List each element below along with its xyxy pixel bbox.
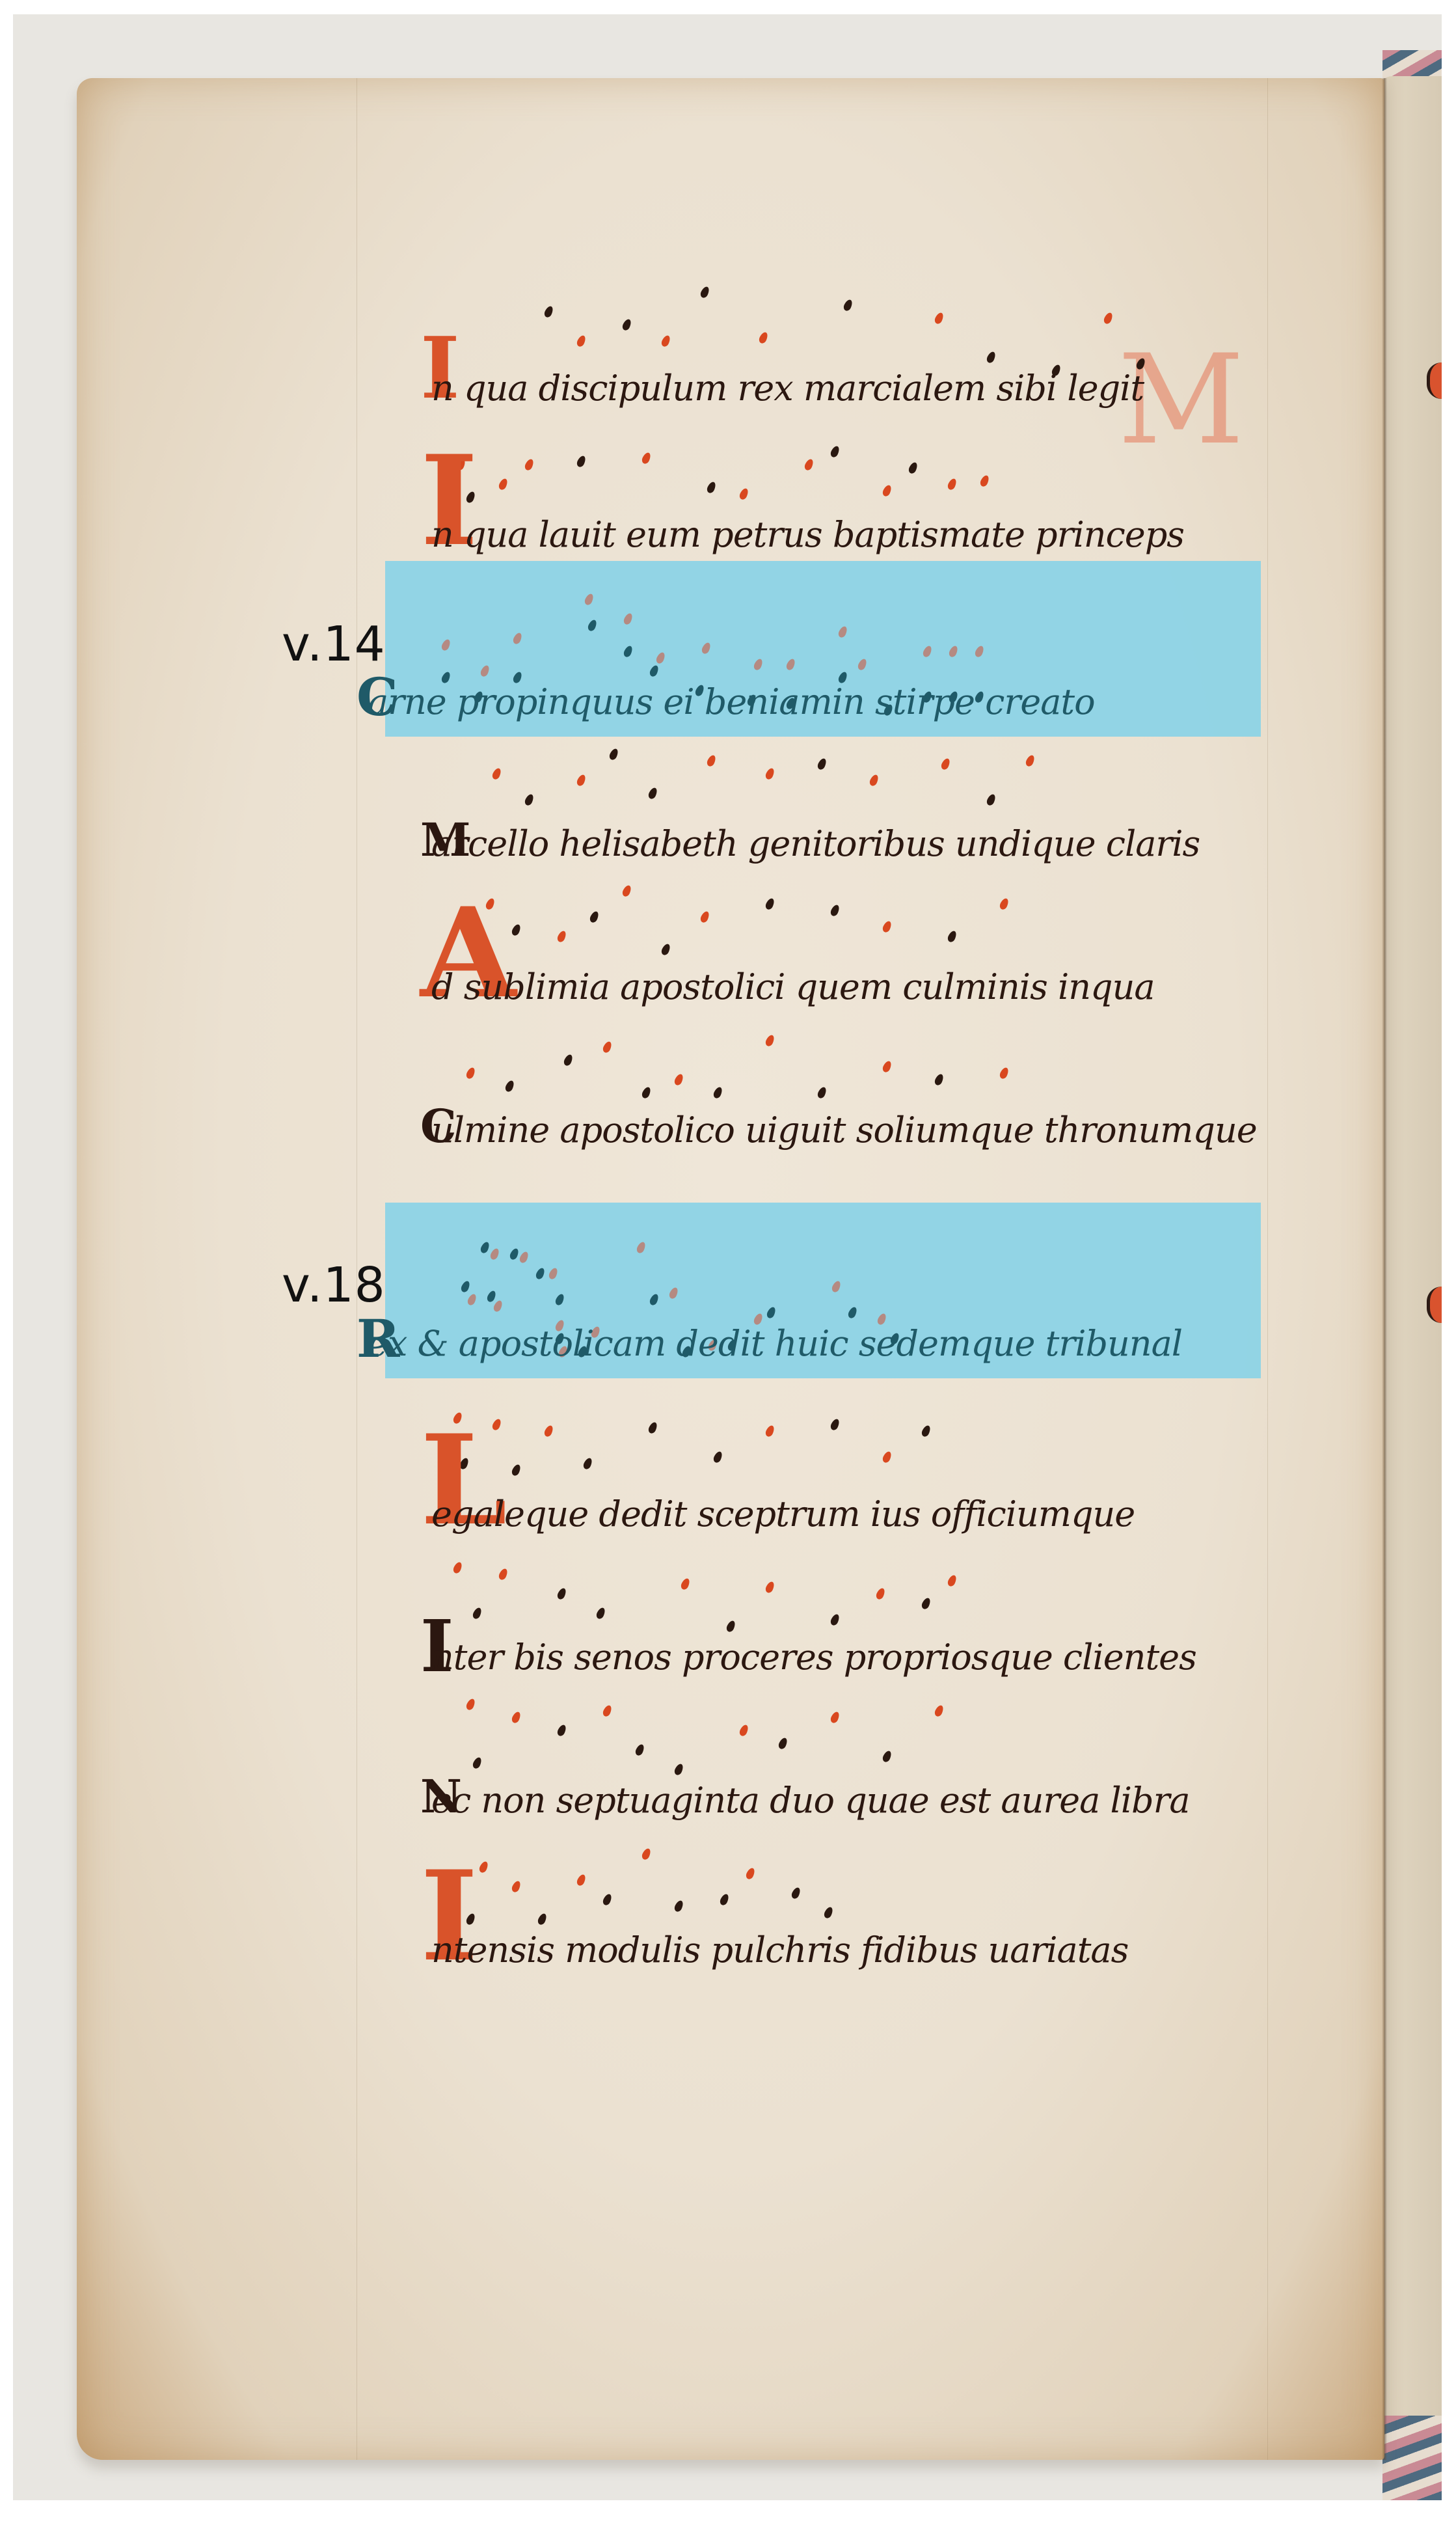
red-initial: A xyxy=(420,892,516,1015)
highlighted-verse-18: R ex & apostolicam dedit huic sedemque t… xyxy=(385,1203,1261,1378)
initial: C xyxy=(420,1099,457,1153)
facing-page-red-initial xyxy=(1427,1287,1442,1323)
verse-text: arne propinquus ei beniamin stirpe creat… xyxy=(368,681,1095,722)
neume-row xyxy=(428,1542,1313,1640)
neume-row xyxy=(428,1399,1313,1497)
neume-row xyxy=(364,593,1249,691)
verse-line: M arcello helisabeth genitoribus undique… xyxy=(77,729,1384,879)
verse-line: L egaleque dedit sceptrum ius officiumqu… xyxy=(77,1399,1384,1549)
initial: I xyxy=(420,1604,453,1688)
facing-page-red-initial xyxy=(1427,362,1442,399)
verse-line: I ntensis modulis pulchris fidibus uaria… xyxy=(77,1835,1384,1985)
faded-initial-m: M xyxy=(1118,338,1245,462)
verse-line: N ec non septuaginta duo quae est aurea … xyxy=(77,1685,1384,1835)
verse-text: n qua lauit eum petrus baptismate prince… xyxy=(431,514,1184,555)
verse-text: d sublimia apostolici quem culminis inqu… xyxy=(431,966,1155,1007)
verse-text: ec non septuaginta duo quae est aurea li… xyxy=(431,1780,1190,1821)
verse-text: ntensis modulis pulchris fidibus uariata… xyxy=(431,1930,1128,1971)
initial: M xyxy=(420,813,471,867)
verse-text: n qua discipulum rex marcialem sibi legi… xyxy=(431,368,1144,409)
highlighted-verse-14: C arne propinquus ei beniamin stirpe cre… xyxy=(385,561,1261,737)
verse-text: ulmine apostolico uiguit soliumque thron… xyxy=(431,1110,1257,1151)
red-initial: L xyxy=(420,1419,507,1542)
verse-text: ex & apostolicam dedit huic sedemque tri… xyxy=(368,1323,1182,1364)
neume-row xyxy=(428,273,1313,371)
neume-row xyxy=(428,729,1313,826)
red-initial: I xyxy=(420,439,478,563)
initial: N xyxy=(420,1769,462,1823)
verse-line: I n qua discipulum rex marcialem sibi le… xyxy=(77,273,1384,423)
manuscript-photograph: M I n qua discipulum rex marcialem sibi … xyxy=(13,14,1442,2500)
verse-text: arcello helisabeth genitoribus undique c… xyxy=(431,823,1200,864)
verse-line: I nter bis senos proceres propriosque cl… xyxy=(77,1542,1384,1692)
red-initial: I xyxy=(420,318,460,418)
red-initial: I xyxy=(420,1855,478,1978)
neume-row xyxy=(428,1015,1313,1113)
binding-thread-bottom xyxy=(1382,2416,1442,2500)
verse-line: I n qua lauit eum petrus baptismate prin… xyxy=(77,420,1384,569)
neume-row xyxy=(428,1685,1313,1783)
neume-row xyxy=(428,420,1313,517)
verse-text: nter bis senos proceres propriosque clie… xyxy=(431,1637,1196,1678)
neume-row xyxy=(364,1229,1249,1326)
neume-row xyxy=(428,1835,1313,1933)
verse-line: C ulmine apostolico uiguit soliumque thr… xyxy=(77,1015,1384,1165)
facing-page-edge xyxy=(1379,76,1442,2445)
neume-row xyxy=(428,872,1313,970)
verse-text: egaleque dedit sceptrum ius officiumque xyxy=(431,1493,1135,1534)
verse-line: A d sublimia apostolici quem culminis in… xyxy=(77,872,1384,1022)
